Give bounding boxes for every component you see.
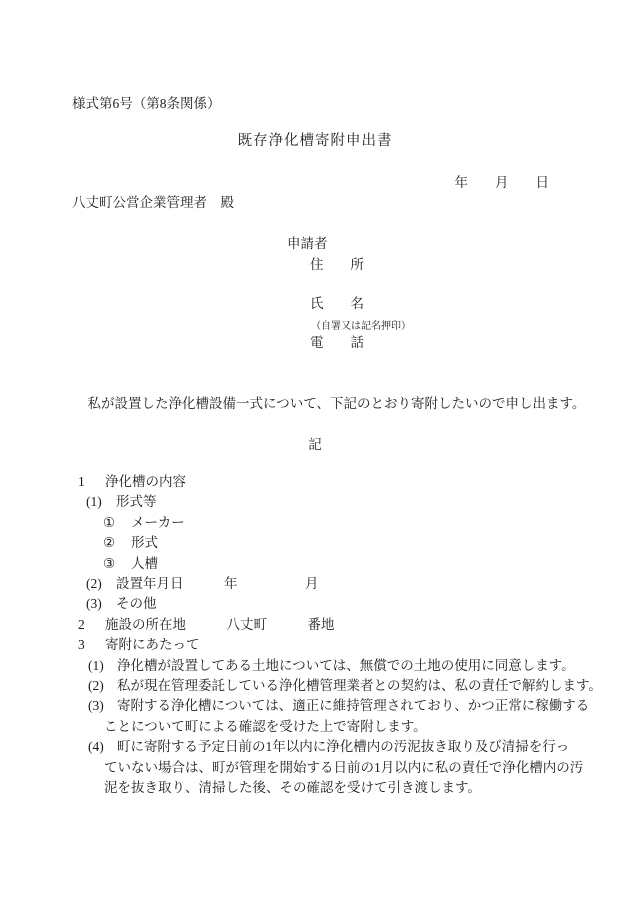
outline-item: ③人槽 — [0, 554, 630, 574]
item-text: 人槽 — [131, 556, 158, 571]
form-number: 様式第6号（第8条関係） — [72, 95, 221, 113]
outline-item: ①メーカー — [0, 513, 630, 533]
outline-item: 3寄附にあたって — [0, 635, 630, 655]
outline-continuation: ことについて町による確認を受けた上で寄附します。 — [0, 717, 630, 737]
item-text: 形式 — [131, 535, 158, 550]
outline-item: (1)浄化槽が設置してある土地については、無償での土地の使用に同意します。 — [0, 656, 630, 676]
item-number: (4) — [88, 737, 117, 757]
document-page: 様式第6号（第8条関係） 既存浄化槽寄附申出書 年 月 日 八丈町公営企業管理者… — [0, 0, 630, 903]
item-number: (2) — [86, 574, 116, 594]
outline-item: (1)形式等 — [0, 492, 630, 512]
item-text: 浄化槽が設置してある土地については、無償での土地の使用に同意します。 — [117, 658, 575, 673]
item-text: 施設の所在地 八丈町 番地 — [105, 617, 335, 632]
item-number: 3 — [78, 635, 105, 655]
item-text: 形式等 — [116, 494, 157, 509]
outline-item: (3)寄附する浄化槽については、適正に維持管理されており、かつ正常に稼働する — [0, 696, 630, 716]
item-number: ② — [103, 533, 131, 553]
outline-item: 2施設の所在地 八丈町 番地 — [0, 615, 630, 635]
item-number: (1) — [86, 492, 116, 512]
outline-list: 1浄化槽の内容 (1)形式等 ①メーカー ②形式 ③人槽 (2)設置年月日 年 … — [0, 472, 630, 799]
item-text: 私が現在管理委託している浄化槽管理業者との契約は、私の責任で解約します。 — [117, 678, 602, 693]
item-number: (2) — [88, 676, 117, 696]
item-number: 2 — [78, 615, 105, 635]
item-number: (1) — [88, 656, 117, 676]
item-text: ていない場合は、町が管理を開始する日前の1月以内に私の責任で浄化槽内の汚 — [104, 760, 583, 775]
item-number: (3) — [88, 696, 117, 716]
item-text: 設置年月日 年 月 — [116, 576, 319, 591]
item-text: 浄化槽の内容 — [105, 474, 186, 489]
item-number: ① — [103, 513, 131, 533]
outline-item: 1浄化槽の内容 — [0, 472, 630, 492]
item-text: 寄附にあたって — [105, 637, 200, 652]
item-text: メーカー — [131, 515, 185, 530]
outline-continuation: 泥を抜き取り、清掃した後、その確認を受けて引き渡します。 — [0, 778, 630, 798]
item-text: ことについて町による確認を受けた上で寄附します。 — [104, 719, 427, 734]
item-number: (3) — [86, 594, 116, 614]
outline-continuation: ていない場合は、町が管理を開始する日前の1月以内に私の責任で浄化槽内の汚 — [0, 758, 630, 778]
item-number: ③ — [103, 554, 131, 574]
intro-paragraph: 私が設置した浄化槽設備一式について、下記のとおり寄附したいので申し出ます。 — [74, 395, 585, 413]
item-text: 泥を抜き取り、清掃した後、その確認を受けて引き渡します。 — [104, 780, 481, 795]
item-text: その他 — [116, 596, 157, 611]
outline-item: (2)私が現在管理委託している浄化槽管理業者との契約は、私の責任で解約します。 — [0, 676, 630, 696]
applicant-label: 申請者 — [287, 235, 328, 253]
address-label: 住 所 — [310, 256, 364, 274]
document-title: 既存浄化槽寄附申出書 — [0, 132, 630, 150]
item-text: 寄附する浄化槽については、適正に維持管理されており、かつ正常に稼働する — [117, 698, 589, 713]
outline-item: ②形式 — [0, 533, 630, 553]
record-marker: 記 — [0, 436, 630, 454]
outline-item: (2)設置年月日 年 月 — [0, 574, 630, 594]
date-line: 年 月 日 — [455, 174, 550, 192]
outline-item: (4)町に寄附する予定日前の1年以内に浄化槽内の汚泥抜き取り及び清掃を行っ — [0, 737, 630, 757]
addressee: 八丈町公営企業管理者 殿 — [72, 194, 234, 212]
phone-label: 電 話 — [310, 334, 364, 352]
item-text: 町に寄附する予定日前の1年以内に浄化槽内の汚泥抜き取り及び清掃を行っ — [117, 739, 569, 754]
outline-item: (3)その他 — [0, 594, 630, 614]
name-label: 氏 名 — [310, 295, 364, 313]
item-number: 1 — [78, 472, 105, 492]
